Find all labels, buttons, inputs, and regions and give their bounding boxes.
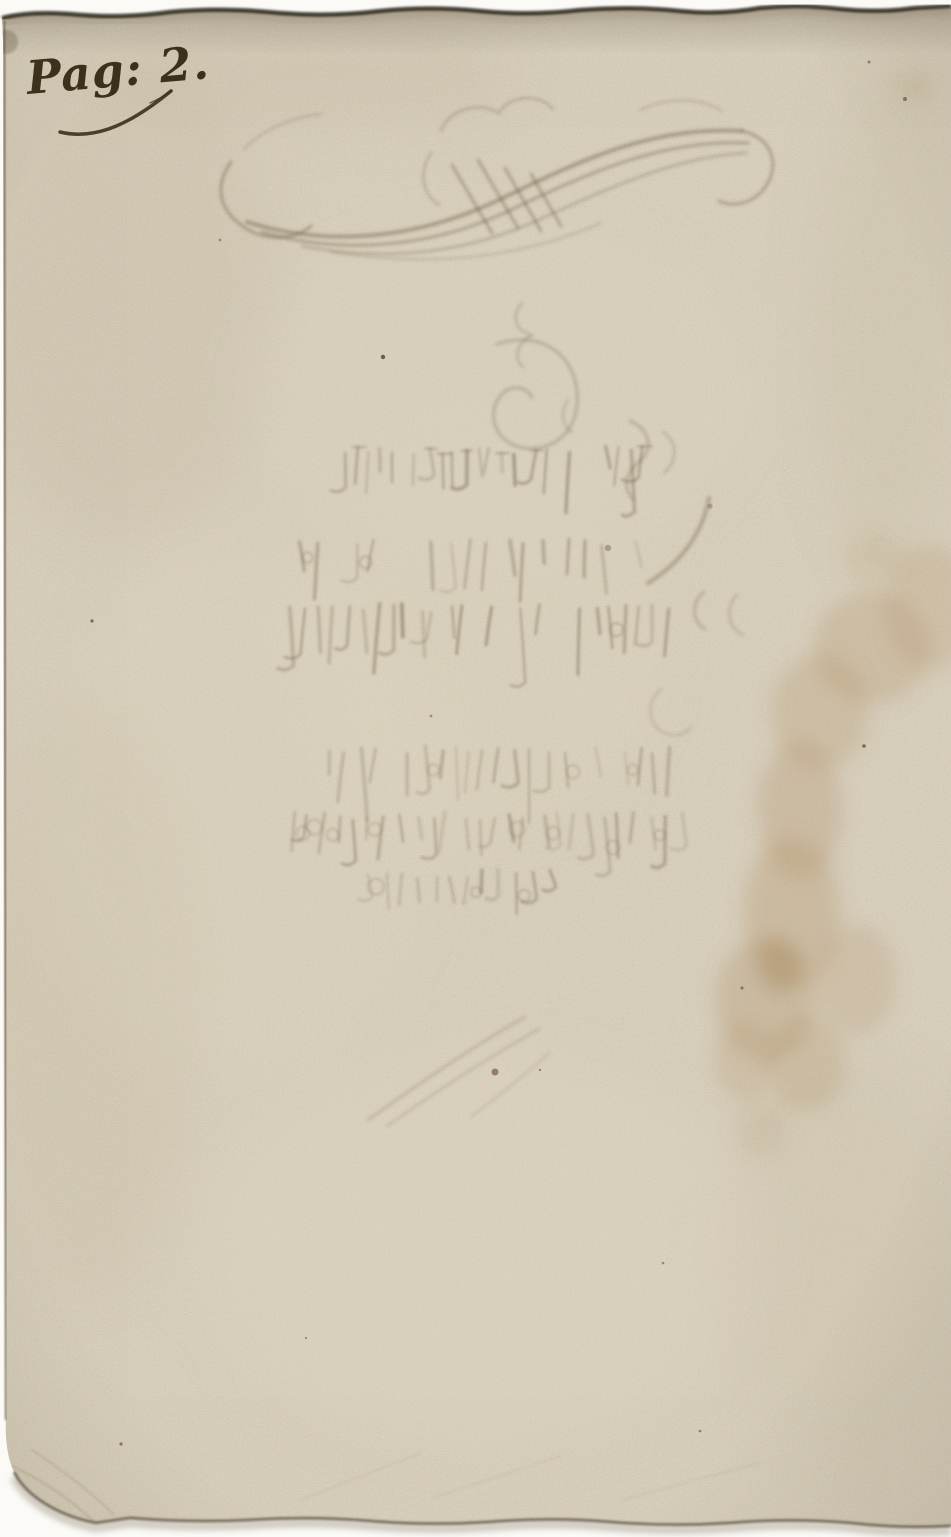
vignette-shading	[0, 0, 951, 1537]
manuscript-scan-image: Pag: 2.	[0, 0, 951, 1537]
scanned-manuscript-page: Pag: 2.	[0, 0, 951, 1537]
